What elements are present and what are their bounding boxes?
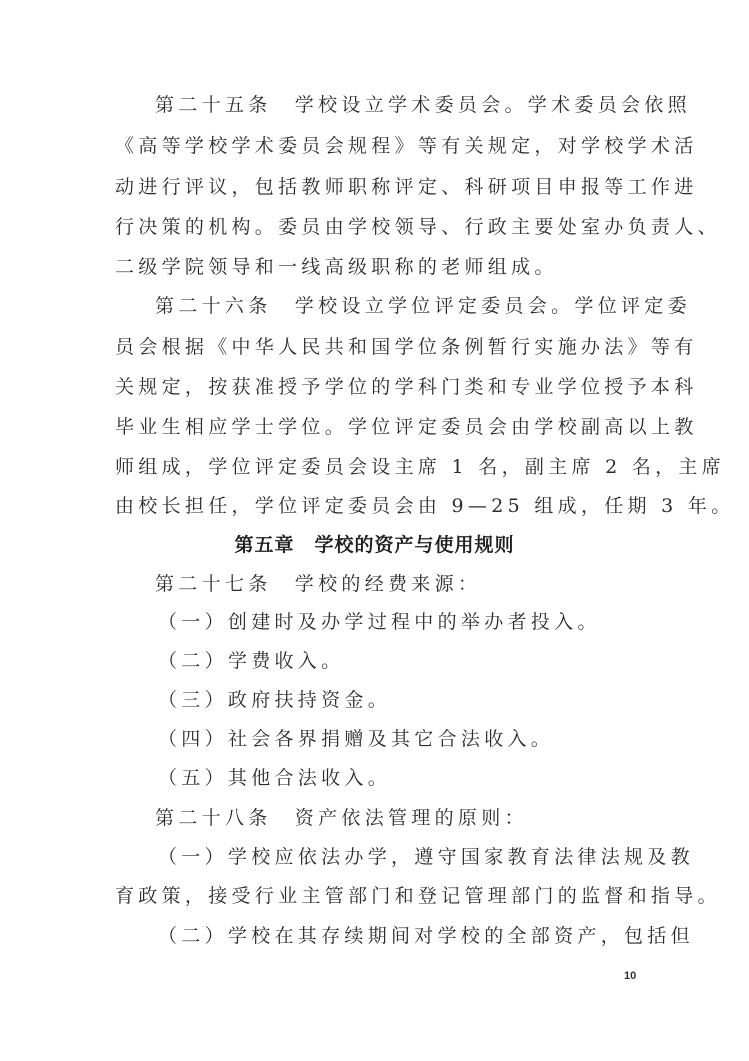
article-28-item-1-line-2: 育政策，接受行业主管部门和登记管理部门的监督和指导。 [115, 884, 620, 908]
article-26-line-2: 员会根据《中华人民共和国学位条例暂行实施办法》等有 [115, 335, 620, 359]
page-number: 10 [624, 970, 636, 982]
article-25-line-4: 行决策的机构。委员由学校领导、行政主要处室办负责人、 [115, 215, 620, 239]
article-25-line-3: 动进行评议，包括教师职称评定、科研项目申报等工作进 [115, 175, 620, 199]
article-27-item-1: （一）创建时及办学过程中的举办者投入。 [158, 610, 663, 634]
article-25-line-5: 二级学院领导和一线高级职称的老师组成。 [115, 255, 620, 279]
article-27-title: 第二十七条 学校的经费来源： [155, 572, 620, 596]
article-27-item-3: （三）政府扶持资金。 [158, 688, 663, 712]
article-28-item-2-line-1: （二）学校在其存续期间对学校的全部资产，包括但 [158, 924, 663, 948]
article-26-line-5: 师组成，学位评定委员会设主席 1 名，副主席 2 名，主席 [115, 455, 620, 479]
article-27-item-2: （二）学费收入。 [158, 649, 663, 673]
document-page: 第二十五条 学校设立学术委员会。学术委员会依照 《高等学校学术委员会规程》等有关… [0, 0, 749, 1061]
article-26-line-4: 毕业生相应学士学位。学位评定委员会由学校副高以上教 [115, 415, 620, 439]
article-28-title: 第二十八条 资产依法管理的原则： [155, 806, 620, 830]
article-26-line-1: 第二十六条 学校设立学位评定委员会。学位评定委 [155, 294, 620, 318]
article-28-item-1-line-1: （一）学校应依法办学，遵守国家教育法律法规及教 [158, 845, 663, 869]
article-25-line-2: 《高等学校学术委员会规程》等有关规定，对学校学术活 [115, 134, 620, 158]
article-27-item-5: （五）其他合法收入。 [158, 766, 663, 790]
article-25-line-1: 第二十五条 学校设立学术委员会。学术委员会依照 [155, 93, 620, 117]
article-27-item-4: （四）社会各界捐赠及其它合法收入。 [158, 727, 663, 751]
article-26-line-6: 由校长担任，学位评定委员会由 9—25 组成，任期 3 年。 [115, 494, 620, 518]
article-26-line-3: 关规定，按获准授予学位的学科门类和专业学位授予本科 [115, 375, 620, 399]
chapter-heading: 第五章 学校的资产与使用规则 [0, 533, 749, 557]
